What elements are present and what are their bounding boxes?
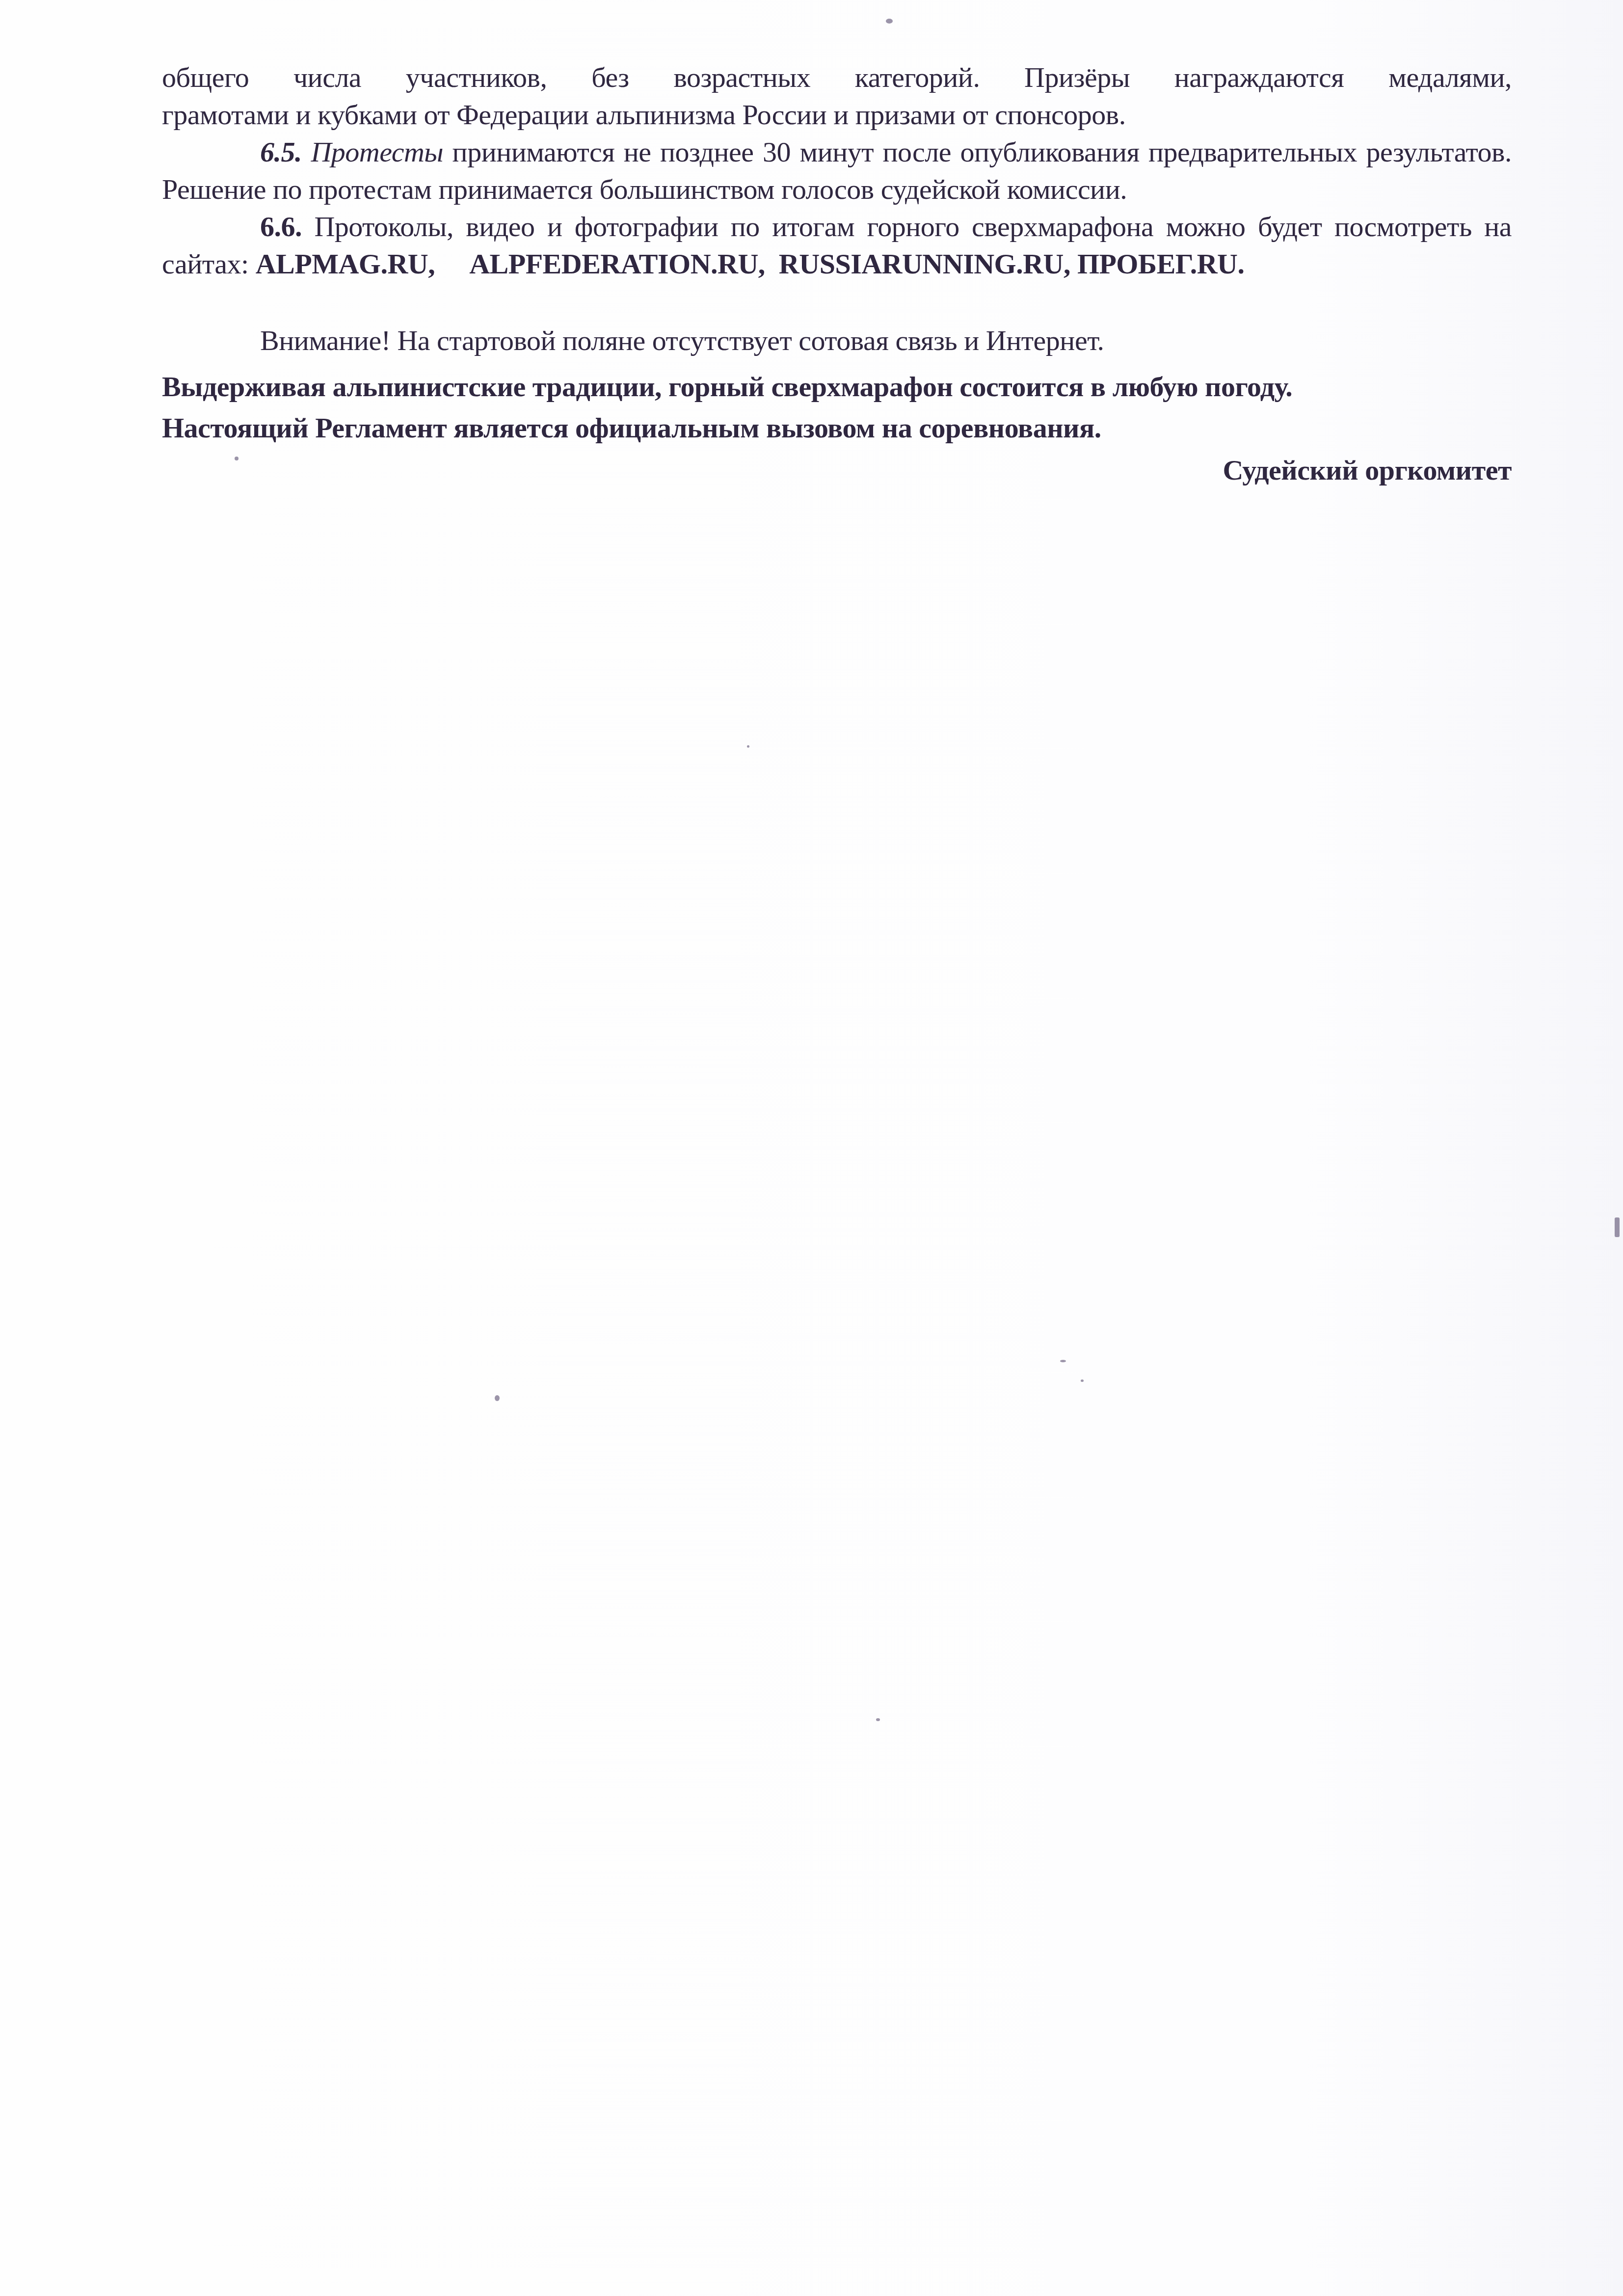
site-probeg: ПРОБЕГ.RU. — [1077, 248, 1244, 280]
signature: Судейский оргкомитет — [162, 449, 1512, 489]
weather-statement-text: Выдерживая альпинистские традиции, горны… — [162, 371, 1292, 403]
prizes-text-line-1: общего числа участников, без возрастных … — [162, 61, 1512, 93]
scan-speck — [235, 457, 239, 460]
notice-text: Внимание! На стартовой поляне отсутствуе… — [260, 324, 1104, 356]
official-call-text: Настоящий Регламент является официальным… — [162, 412, 1101, 444]
scan-speck — [747, 745, 749, 748]
spacer — [162, 283, 1512, 320]
section-number-6-5: 6.5. — [260, 136, 302, 168]
paragraph-prizes-line-2: грамотами и кубками от Федерации альпини… — [162, 96, 1512, 134]
paragraph-6-6: 6.6. Протоколы, видео и фотографии по ит… — [162, 208, 1512, 283]
prizes-text-line-2: грамотами и кубками от Федерации альпини… — [162, 99, 1126, 131]
official-call-statement: Настоящий Регламент является официальным… — [162, 407, 1512, 449]
scan-speck — [1060, 1360, 1066, 1362]
signature-text: Судейский оргкомитет — [1223, 454, 1512, 486]
section-number-6-6: 6.6. — [260, 211, 302, 243]
scan-speck — [876, 1718, 880, 1721]
protests-term: Протесты — [311, 136, 443, 168]
scan-speck — [886, 19, 893, 24]
scanned-page: общего числа участников, без возрастных … — [0, 0, 1623, 2296]
notice-line: Внимание! На стартовой поляне отсутствуе… — [162, 320, 1512, 359]
paragraph-6-5: 6.5. Протесты принимаются не позднее 30 … — [162, 134, 1512, 208]
scan-speck — [1615, 1217, 1620, 1237]
scan-speck — [495, 1395, 500, 1401]
weather-statement: Выдерживая альпинистские традиции, горны… — [162, 366, 1512, 407]
paragraph-prizes-line-1: общего числа участников, без возрастных … — [162, 59, 1512, 96]
site-russiarunning: RUSSIARUNNING.RU, — [779, 248, 1070, 280]
site-alpfederation: ALPFEDERATION.RU, — [469, 248, 765, 280]
document-body: общего числа участников, без возрастных … — [162, 59, 1512, 489]
site-alpmag: ALPMAG.RU, — [256, 248, 435, 280]
scan-speck — [1081, 1379, 1084, 1382]
